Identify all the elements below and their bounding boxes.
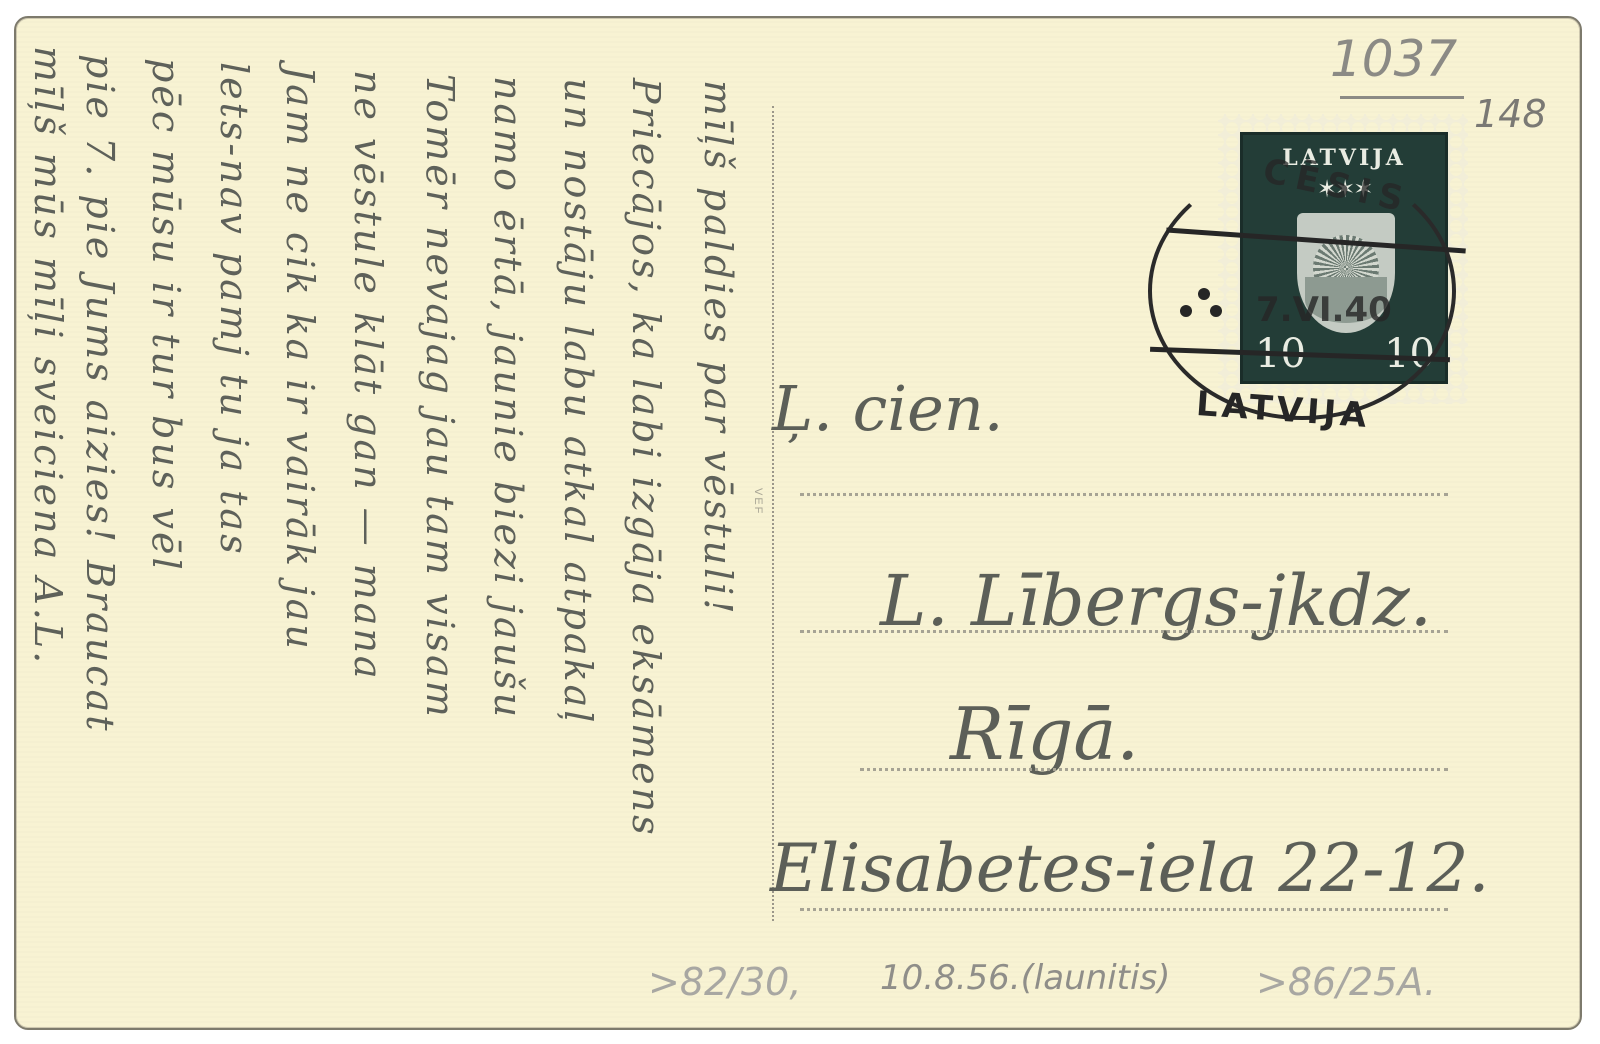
address-line-4 (800, 908, 1448, 911)
message-line: Priecājos, ka labi izgāja eksāmens (624, 78, 668, 838)
note-bottom-right: >86/25A. (1256, 960, 1436, 1004)
address-salutation: Ļ. cien. (772, 372, 1003, 445)
note-bottom-left: >82/30, (648, 960, 801, 1004)
message-line: ne vēstule klāt gan — mana (346, 70, 390, 682)
message-line: lets-nav pamj tu ja tas (212, 62, 256, 557)
message-line: namo ērtā, jaunie biezi jaušu (486, 76, 530, 720)
postmark-date: 7.VI.40 (1256, 290, 1392, 330)
postmark-dot (1180, 305, 1192, 317)
address-city: Rīgā. (950, 692, 1139, 776)
catalog-number: 1037 (1330, 30, 1457, 88)
note-bottom-middle: 10.8.56.(launitis) (880, 958, 1170, 998)
message-line: Jam ne cik ka ir vairāk jau (278, 66, 322, 652)
catalog-underline (1340, 96, 1464, 99)
message-line: un nostāju labu atkal atpakaļ (556, 78, 600, 725)
message-line: pēc mūsu ir tur bus vēl (144, 58, 188, 573)
address-line-1 (800, 493, 1448, 496)
message-line: mīļš paldies par vēstuli! (696, 80, 740, 617)
address-line-3 (860, 768, 1448, 771)
message-line: pie 7. pie Jums aizies! Braucat (78, 54, 122, 734)
message-line: Tomēr nevajag jau tam visam (418, 74, 462, 720)
center-divider-line (772, 106, 774, 921)
address-line-2 (800, 630, 1448, 633)
side-number: 148 (1474, 92, 1547, 136)
message-line: mīļš mūs mīļi sveiciena A.L. (26, 46, 70, 666)
publisher-mark: VEF (752, 488, 764, 515)
address-street: Elisabetes-iela 22-12. (770, 830, 1490, 907)
postmark-dot (1198, 288, 1210, 300)
postmark-dot (1210, 305, 1222, 317)
